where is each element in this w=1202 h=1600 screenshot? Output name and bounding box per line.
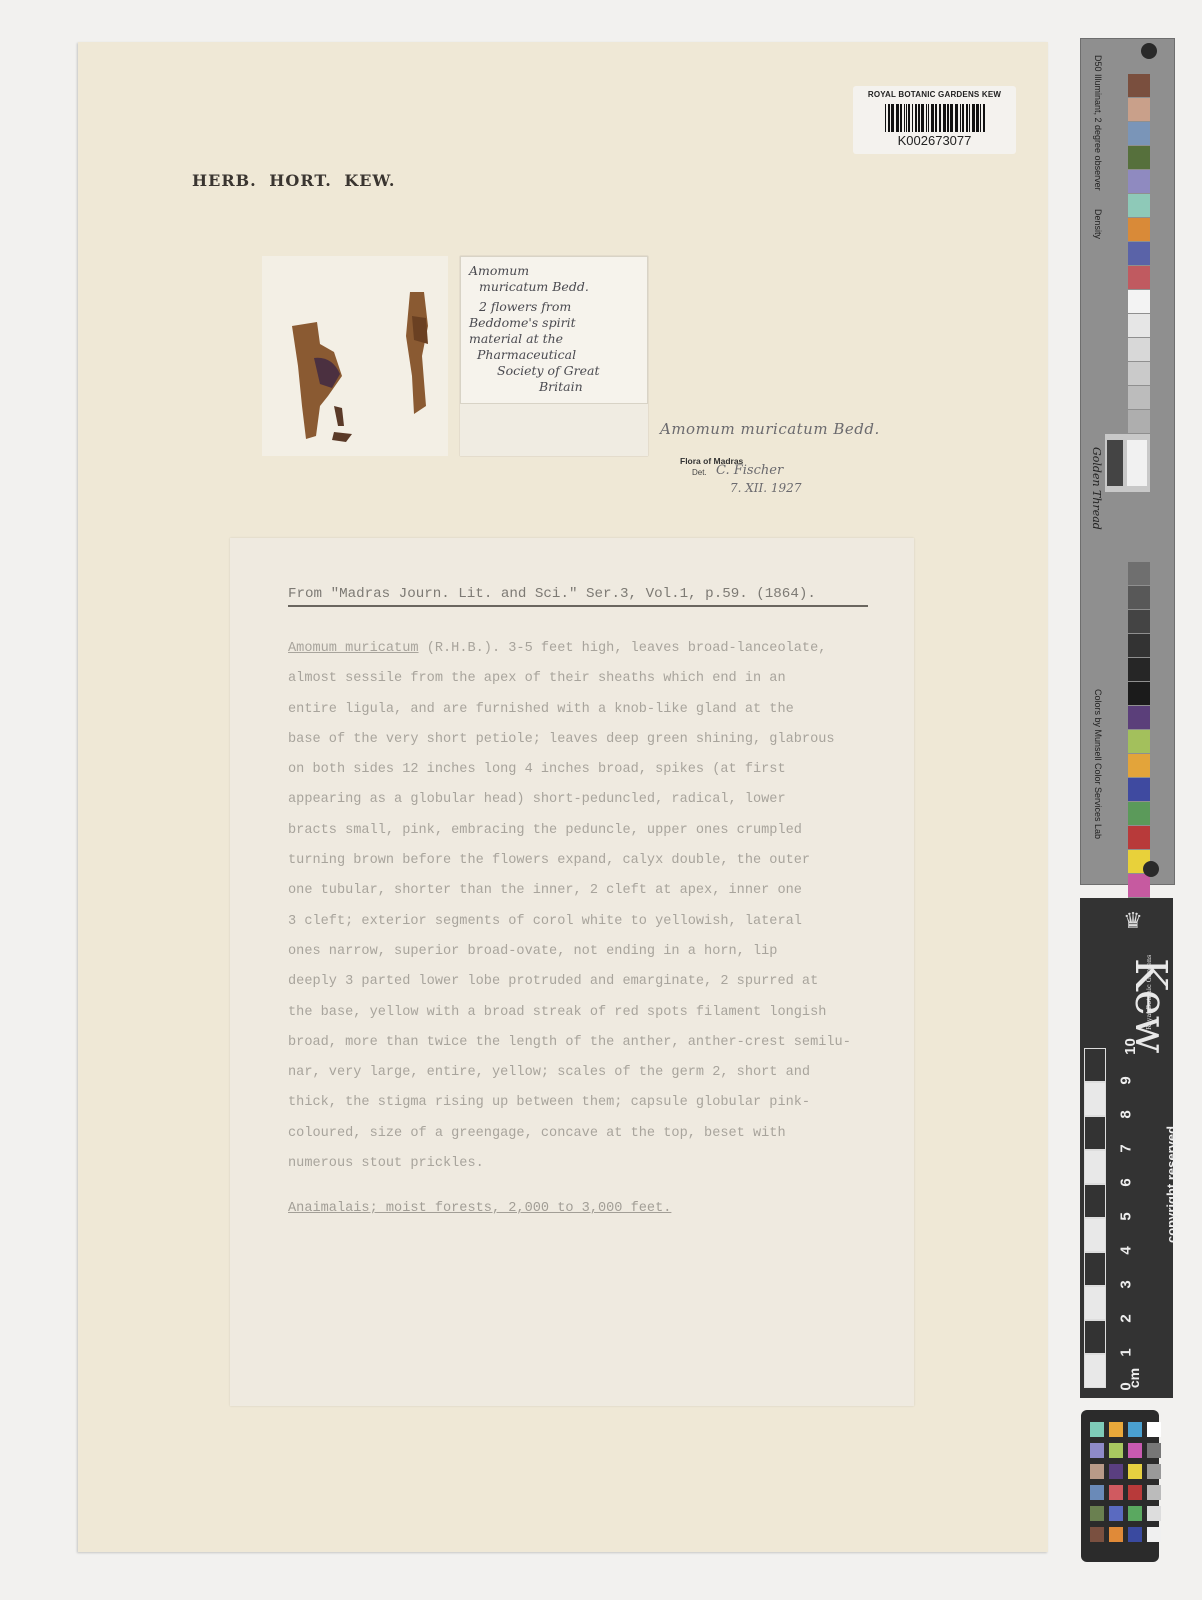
checker-cell [1147, 1506, 1161, 1521]
color-swatch [1128, 826, 1150, 850]
envelope-note: Amomum muricatum Bedd. 2 flowers from Be… [469, 263, 600, 395]
checker-cell [1109, 1506, 1123, 1521]
ruler-tick-label: 4 [1118, 1246, 1135, 1254]
color-swatch [1128, 610, 1150, 634]
color-swatch [1128, 74, 1150, 98]
ruler-segment [1084, 1218, 1106, 1252]
checker-cell [1128, 1464, 1142, 1479]
source-citation: From "Madras Journ. Lit. and Sci." Ser.3… [288, 586, 868, 607]
checker-cell [1109, 1527, 1123, 1542]
color-swatch [1128, 290, 1150, 314]
note-line: muricatum Bedd. [469, 279, 600, 295]
locality-line: Anaimalais; moist forests, 2,000 to 3,00… [288, 1201, 671, 1216]
description-line: broad, more than twice the length of the… [288, 1028, 908, 1058]
checker-cell [1147, 1485, 1161, 1500]
note-line: 2 flowers from [469, 299, 600, 315]
checker-cell [1128, 1485, 1142, 1500]
envelope-flap: Amomum muricatum Bedd. 2 flowers from Be… [460, 256, 648, 404]
color-swatch [1128, 218, 1150, 242]
description-line: 3 cleft; exterior segments of corol whit… [288, 907, 908, 937]
color-cells [1090, 1422, 1161, 1542]
note-line: Beddome's spirit [469, 315, 600, 331]
gray-target [1105, 434, 1150, 492]
description-text: Amomum muricatum (R.H.B.). 3-5 feet high… [288, 634, 908, 1179]
ruler-tick-label: 1 [1118, 1348, 1135, 1356]
checker-cell [1147, 1527, 1161, 1542]
color-swatch [1128, 146, 1150, 170]
description-line: ones narrow, superior broad-ovate, not e… [288, 937, 908, 967]
color-swatch [1128, 754, 1150, 778]
color-swatch [1128, 194, 1150, 218]
ruler-segment [1084, 1286, 1106, 1320]
checker-cell [1090, 1464, 1104, 1479]
description-line: deeply 3 parted lower lobe protruded and… [288, 967, 908, 997]
description-line: appearing as a globular head) short-pedu… [288, 785, 908, 815]
color-swatch [1128, 778, 1150, 802]
color-swatch [1128, 658, 1150, 682]
checker-cell [1090, 1422, 1104, 1437]
checker-cell [1109, 1443, 1123, 1458]
description-line: one tubular, shorter than the inner, 2 c… [288, 876, 908, 906]
ruler-segment [1084, 1150, 1106, 1184]
color-swatch [1128, 410, 1150, 434]
ruler-numbers: 012345678910 [1122, 1048, 1142, 1388]
description-line: the base, yellow with a broad streak of … [288, 998, 908, 1028]
checker-cell [1090, 1443, 1104, 1458]
checker-cell [1109, 1422, 1123, 1437]
determination-date: 7. XII. 1927 [730, 481, 801, 495]
color-swatch [1128, 98, 1150, 122]
checker-cell [1109, 1485, 1123, 1500]
species-name: Amomum muricatum [288, 641, 419, 656]
note-line: Pharmaceutical [469, 347, 600, 363]
color-calibration-bar: D50 Illuminant, 2 degree observer Densit… [1080, 38, 1175, 885]
ruler-tick-label: 7 [1118, 1144, 1135, 1152]
description-line: thick, the stigma rising up between them… [288, 1088, 908, 1118]
herbarium-title: HERB. HORT. KEW. [192, 171, 395, 190]
checker-cell [1128, 1506, 1142, 1521]
determination-name: Amomum muricatum Bedd. [660, 420, 880, 438]
registration-dot-icon [1141, 43, 1157, 59]
target-white [1127, 440, 1147, 486]
checker-cell [1128, 1422, 1142, 1437]
munsell-text: Colors by Munsell Color Services Lab [1093, 689, 1103, 839]
description-line: numerous stout prickles. [288, 1149, 908, 1179]
ruler-segment [1084, 1354, 1106, 1388]
ruler-tick-label: 8 [1118, 1110, 1135, 1118]
description-line: Amomum muricatum (R.H.B.). 3-5 feet high… [288, 634, 908, 664]
ruler-segment [1084, 1184, 1106, 1218]
description-line: base of the very short petiole; leaves d… [288, 725, 908, 755]
checker-cell [1147, 1422, 1161, 1437]
cm-ruler [1084, 1048, 1122, 1388]
checker-cell [1128, 1527, 1142, 1542]
color-swatch [1128, 386, 1150, 410]
institution-name: ROYAL BOTANIC GARDENS KEW [853, 90, 1016, 99]
description-line: turning brown before the flowers expand,… [288, 846, 908, 876]
description-line: coloured, size of a greengage, concave a… [288, 1119, 908, 1149]
determiner-signature: C. Fischer [716, 463, 783, 478]
unit-label: cm [1126, 1368, 1142, 1388]
ruler-tick-label: 9 [1118, 1076, 1135, 1084]
kew-scale-bar: ♛ Kew Royal Botanic Gardens 012345678910… [1080, 898, 1173, 1398]
det-label: Det. [692, 468, 707, 477]
ruler-segment [1084, 1048, 1106, 1082]
description-line: on both sides 12 inches long 4 inches br… [288, 755, 908, 785]
specimen-envelope: Amomum muricatum Bedd. 2 flowers from Be… [460, 256, 648, 456]
checker-cell [1090, 1527, 1104, 1542]
color-swatch [1128, 562, 1150, 586]
note-line: Society of Great [469, 363, 600, 379]
typed-description-sheet: From "Madras Journ. Lit. and Sci." Ser.3… [230, 538, 914, 1406]
barcode-icon [885, 104, 985, 132]
color-swatch [1128, 802, 1150, 826]
color-swatches [1128, 74, 1150, 922]
description-line: bracts small, pink, embracing the pedunc… [288, 816, 908, 846]
color-swatch [1128, 634, 1150, 658]
checker-cell [1128, 1443, 1142, 1458]
description-line: entire ligula, and are furnished with a … [288, 695, 908, 725]
color-swatch [1128, 730, 1150, 754]
color-swatch [1128, 874, 1150, 898]
color-swatch [1128, 266, 1150, 290]
checker-cell [1147, 1443, 1161, 1458]
barcode-number: K002673077 [853, 133, 1016, 148]
specimen-packet [262, 256, 448, 456]
ruler-segment [1084, 1252, 1106, 1286]
specimen-fragments-icon [262, 256, 448, 456]
ruler-tick-label: 6 [1118, 1178, 1135, 1186]
ruler-tick-label: 3 [1118, 1280, 1135, 1288]
ruler-segment [1084, 1082, 1106, 1116]
color-swatch [1128, 122, 1150, 146]
registration-dot-icon [1143, 861, 1159, 877]
color-checker-chart [1081, 1410, 1159, 1562]
royal-crest-icon: ♛ [1120, 908, 1146, 934]
kew-subtitle: Royal Botanic Gardens [1145, 955, 1153, 1030]
color-swatch [1128, 242, 1150, 266]
note-line: material at the [469, 331, 600, 347]
density-label: Density [1093, 209, 1103, 239]
description-line: almost sessile from the apex of their sh… [288, 664, 908, 694]
copyright-text: copyright reserved [1164, 1126, 1179, 1243]
color-swatch [1128, 586, 1150, 610]
target-dark [1107, 440, 1123, 486]
color-swatch [1128, 706, 1150, 730]
color-swatch [1128, 170, 1150, 194]
ruler-tick-label: 2 [1118, 1314, 1135, 1322]
description-line: nar, very large, entire, yellow; scales … [288, 1058, 908, 1088]
color-swatch [1128, 362, 1150, 386]
color-swatch [1128, 338, 1150, 362]
ruler-segment [1084, 1320, 1106, 1354]
note-line: Amomum [469, 263, 600, 279]
ruler-segment [1084, 1116, 1106, 1150]
checker-cell [1090, 1506, 1104, 1521]
ruler-tick-label: 5 [1118, 1212, 1135, 1220]
ruler-tick-label: 10 [1122, 1038, 1139, 1055]
note-line: Britain [469, 379, 600, 395]
barcode-label: ROYAL BOTANIC GARDENS KEW K002673077 [853, 86, 1016, 154]
brand-text: Golden Thread [1090, 447, 1103, 530]
color-swatch [1128, 314, 1150, 338]
checker-cell [1090, 1485, 1104, 1500]
color-swatch [1128, 682, 1150, 706]
illuminant-text: D50 Illuminant, 2 degree observer [1093, 55, 1103, 191]
checker-cell [1109, 1464, 1123, 1479]
checker-cell [1147, 1464, 1161, 1479]
